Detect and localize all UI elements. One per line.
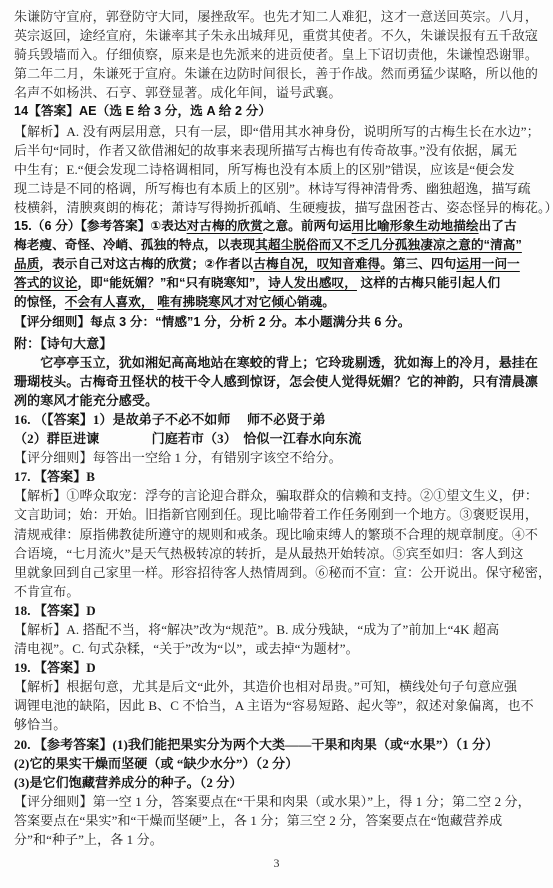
text-segment: 这样的古梅只能引起人们 — [357, 276, 500, 290]
underlined-text: 其超尘脱俗而又不乏几分孤独凄凉之意的“清高” — [255, 238, 522, 252]
text-line: 它亭亭玉立，犹如湘妃高高地站在寒蛟的背上；它玲珑剔透，犹如海上的冷月，悬挂在 — [14, 353, 542, 372]
text-segment: 。 — [322, 295, 335, 309]
text-segment: 够恰当。 — [14, 717, 66, 732]
text-line: 18. 【答案】D — [14, 601, 542, 620]
text-line: 调锂电池的缺陷，因此 B、C 不恰当，A 主语为“容易短路、起火等”，叙述对象偏… — [14, 696, 542, 715]
text-line: 【评分细则】第一空 1 分，答案要点在“干果和肉果（或水果）”上，得 1 分；第… — [14, 792, 542, 811]
text-segment: (3)是它们饱藏营养成分的种子。（2 分） — [14, 775, 243, 790]
text-segment: 它亭亭玉立，犹如湘妃高高地站在寒蛟的背上；它玲珑剔透，犹如海上的冷月，悬挂在 — [14, 355, 538, 370]
text-line: 文言助词；始：开始。旧指新官刚到任。现比喻带着工作任务刚到一个地方。③褒贬误用， — [14, 505, 542, 524]
underlined-text: 用比喻形象生动地描绘 — [352, 219, 479, 233]
text-line: 里就象回到自己家里一样。形容招待客人热情周到。⑥秘而不宣：宣：公开说出。保守秘密… — [14, 563, 542, 582]
page-number: 3 — [0, 856, 553, 871]
text-line: 分”和“种子”上，各 1 分。 — [14, 830, 542, 849]
text-line: 【解析】A. 没有两层用意，只有一层，即“借用其水神身份，说明所写的古梅生长在水… — [14, 122, 542, 141]
text-line: 骑兵毁墙而入。仔细侦察，原来是也先派来的进贡使者。皇上下诏切责他，朱谦惶恐谢罪。 — [14, 45, 542, 64]
text-line: 朱谦防守宣府，郭登防守大同，屡挫敌军。也先才知二人难犯，这才一意送回英宗。八月， — [14, 7, 542, 26]
text-segment: 19. 【答案】D — [14, 660, 96, 675]
underlined-text: 古梅自况，叹知音难得 — [253, 257, 380, 271]
text-line: (3)是它们饱藏营养成分的种子。（2 分） — [14, 773, 542, 792]
text-segment: 调锂电池的缺陷，因此 B、C 不恰当，A 主语为“容易短路、起火等”，叙述对象偏… — [14, 698, 534, 713]
underlined-text: 答式的议论 — [14, 276, 77, 290]
text-segment: 清电视”。C. 句式杂糅，“关于”改为“以”，或去掉“为题材”。 — [14, 641, 359, 656]
q14-analysis: 【解析】A. 没有两层用意，只有一层，即“借用其水神身份，说明所写的古梅生长在水… — [14, 122, 542, 217]
text-segment: 。第三、四句 — [380, 257, 456, 271]
text-segment: 朱谦防守宣府，郭登防守大同，屡挫敌军。也先才知二人难犯，这才一意送回英宗。八月， — [14, 9, 538, 24]
text-segment: 里就象回到自己家里一样。形容招待客人热情周到。⑥秘而不宣：宣：公开说出。保守秘密… — [14, 565, 551, 580]
text-segment: 答案要点在“果实”和“干燥而坚硬”上，各 1 分；第三空 2 分，答案要点在“饱… — [14, 813, 502, 828]
text-line: 17. 【答案】B — [14, 467, 542, 486]
text-segment: 【解析】根据句意，尤其是后文“此外，其造价也相对昂贵。”可知，横线处句子句意应强 — [14, 679, 517, 694]
q16-answer: 16. （【答案】1）是故弟子不必不如师 师不必贤于弟（2）群臣进谏 门庭若市（… — [14, 410, 542, 448]
text-line: 答式的议论，即“能妩媚？”和“只有晓寒知”，诗人发出感叹， 这样的古梅只能引起人… — [14, 274, 542, 293]
text-line: 附：【诗句大意】 — [14, 334, 542, 353]
text-segment: 名声不如杨洪、石亨、郭登显著。成化年间，谥号武襄。 — [14, 85, 342, 100]
text-line: (2)它的果实干燥而坚硬（或 “缺少水分”）（2 分） — [14, 754, 542, 773]
text-line: 中生有；E.“便会发现二诗格调相同，所写梅也没有本质上的区别”错误，应该是“便会… — [14, 160, 542, 179]
text-segment: 后半句“同时，作者又欲借湘妃的故事来表现所描写古梅也有传奇故事。”没有依据，属无 — [14, 143, 517, 158]
text-segment: 文言助词；始：开始。旧指新官刚到任。现比喻带着工作任务刚到一个地方。③褒贬误用， — [14, 507, 538, 522]
text-segment: 【评分细则】第一空 1 分，答案要点在“干果和肉果（或水果）”上，得 1 分；第… — [14, 794, 531, 809]
text-segment: 骑兵毁墙而入。仔细侦察，原来是也先派来的进贡使者。皇上下诏切责他，朱谦惶恐谢罪。 — [14, 47, 538, 62]
q15-scoring: 【评分细则】每点 3 分：“情感”1 分，分析 2 分。本小题满分共 6 分。 — [14, 313, 542, 332]
q17-answer: 17. 【答案】B — [14, 467, 542, 486]
text-line: 合语境，“七月流火”是天气热极转凉的转折，是从最热开始转凉。⑤宾至如归：客人到这 — [14, 544, 542, 563]
text-line: 冽的寒风才能充分感受。 — [14, 391, 542, 410]
underlined-text: 诗人发出感叹， — [268, 276, 357, 290]
text-segment: 冽的寒风才能充分感受。 — [14, 393, 158, 408]
text-line: 20. 【参考答案】(1)我们能把果实分为两个大类——干果和肉果（或“水果”）（… — [14, 735, 542, 754]
text-line: （2）群臣进谏 门庭若市（3） 恰似一江春水向东流 — [14, 429, 542, 448]
text-segment: ，即“能妩媚？”和“只有晓寒知”， — [77, 276, 268, 290]
text-line: 【解析】①哗众取宠：浮夸的言论迎合群众，骗取群众的信赖和支持。②①望文生义，伊： — [14, 486, 542, 505]
text-segment: 第二年二月，朱谦死于宣府。朱谦在边防时间很长，善于作战。然而勇猛少谋略，所以他的 — [14, 66, 538, 81]
underlined-text: 对古梅的欣赏 — [187, 219, 263, 233]
text-segment: 分”和“种子”上，各 1 分。 — [14, 832, 163, 847]
text-segment: 合语境，“七月流火”是天气热极转凉的转折，是从最热开始转凉。⑤宾至如归：客人到这 — [14, 546, 524, 561]
text-segment: 15.（6 分）【参考答案】①表达 — [14, 219, 187, 233]
text-segment: 出了古 — [479, 219, 517, 233]
text-segment: （2）群臣进谏 门庭若市（3） 恰似一江春水向东流 — [14, 431, 361, 446]
q19-answer: 19. 【答案】D — [14, 658, 542, 677]
text-line: 【解析】根据句意，尤其是后文“此外，其造价也相对昂贵。”可知，横线处句子句意应强 — [14, 677, 542, 696]
text-segment: 的惊怪， — [14, 295, 65, 309]
text-line: 现二诗是不同的格调，所写梅也有本质上的区别”。林诗写得神清骨秀、幽独超逸，描写疏 — [14, 179, 542, 198]
text-line: 枝横斜，清腴爽朗的梅花；萧诗写得拗折孤峭、生硬瘦拔，描写盘困苍古、姿态怪异的梅花… — [14, 198, 542, 217]
text-segment: 16. （【答案】1）是故弟子不必不如师 师不必贤于弟 — [14, 412, 326, 427]
q15-answer: 15.（6 分）【参考答案】①表达对古梅的欣赏之意。前两句运用比喻形象生动地描绘… — [14, 217, 542, 312]
q17-analysis: 【解析】①哗众取宠：浮夸的言论迎合群众，骗取群众的信赖和支持。②①望文生义，伊：… — [14, 486, 542, 601]
text-segment: 【解析】A. 搭配不当，将“解决”改为“规范”。B. 成分残缺，“成为了”前加上… — [14, 622, 499, 637]
text-segment: 不肯宣布。 — [14, 584, 80, 599]
text-line: 珊瑚枝头。古梅奇丑怪状的枝干令人感到惊讶，怎会使人觉得妩媚？它的神韵，只有清晨凛 — [14, 372, 542, 391]
underlined-text: 唯有拂晓寒风才对它倾心销魂 — [157, 295, 322, 309]
text-line: 16. （【答案】1）是故弟子不必不如师 师不必贤于弟 — [14, 410, 542, 429]
text-segment: 【评分细则】每点 3 分：“情感”1 分，分析 2 分。本小题满分共 6 分。 — [14, 315, 410, 329]
text-segment: 17. 【答案】B — [14, 469, 95, 484]
text-line: 15.（6 分）【参考答案】①表达对古梅的欣赏之意。前两句运用比喻形象生动地描绘… — [14, 217, 542, 236]
text-segment: 清规戒律：原指佛教徒所遵守的规则和戒条。现比喻束缚人的繁琐不合理的规章制度。④不 — [14, 527, 538, 542]
text-segment: 梅老瘦、奇怪、冷峭、孤独的特点，以表现 — [14, 238, 255, 252]
text-line: 14【答案】AE（选 E 给 3 分，选 A 给 2 分） — [14, 102, 542, 121]
text-line: 不肯宣布。 — [14, 582, 542, 601]
text-segment: 附：【诗句大意】 — [14, 336, 112, 351]
text-line: 【评分细则】每点 3 分：“情感”1 分，分析 2 分。本小题满分共 6 分。 — [14, 313, 542, 332]
text-line: 够恰当。 — [14, 715, 542, 734]
underlined-text: 品质 — [14, 257, 39, 271]
text-line: 的惊怪，不会有人喜欢， 唯有拂晓寒风才对它倾心销魂。 — [14, 293, 542, 312]
text-line: 清电视”。C. 句式杂糅，“关于”改为“以”，或去掉“为题材”。 — [14, 639, 542, 658]
text-segment: 珊瑚枝头。古梅奇丑怪状的枝干令人感到惊讶，怎会使人觉得妩媚？它的神韵，只有清晨凛 — [14, 374, 538, 389]
q18-answer: 18. 【答案】D — [14, 601, 542, 620]
text-segment: 英宗返回，途经宣府，朱谦率其子朱永出城拜见，重赏其使者。不久，朱谦误报有五千敌寇 — [14, 28, 538, 43]
text-line: 【解析】A. 搭配不当，将“解决”改为“规范”。B. 成分残缺，“成为了”前加上… — [14, 620, 542, 639]
q20-scoring: 【评分细则】第一空 1 分，答案要点在“干果和肉果（或水果）”上，得 1 分；第… — [14, 792, 542, 849]
poem-paraphrase: 附：【诗句大意】 它亭亭玉立，犹如湘妃高高地站在寒蛟的背上；它玲珑剔透，犹如海上… — [14, 334, 542, 410]
text-line: 梅老瘦、奇怪、冷峭、孤独的特点，以表现其超尘脱俗而又不乏几分孤独凄凉之意的“清高… — [14, 236, 542, 255]
text-segment: 20. 【参考答案】(1)我们能把果实分为两个大类——干果和肉果（或“水果”）（… — [14, 737, 498, 752]
text-line: 品质，表示自己对这古梅的欣赏；②作者以古梅自况，叹知音难得。第三、四句运用一问一 — [14, 255, 542, 274]
text-line: 清规戒律：原指佛教徒所遵守的规则和戒条。现比喻束缚人的繁琐不合理的规章制度。④不 — [14, 525, 542, 544]
q18-analysis: 【解析】A. 搭配不当，将“解决”改为“规范”。B. 成分残缺，“成为了”前加上… — [14, 620, 542, 658]
text-line: 答案要点在“果实”和“干燥而坚硬”上，各 1 分；第三空 2 分，答案要点在“饱… — [14, 811, 542, 830]
translation-paragraph: 朱谦防守宣府，郭登防守大同，屡挫敌军。也先才知二人难犯，这才一意送回英宗。八月，… — [14, 7, 542, 102]
text-segment: 【评分细则】每答出一空给 1 分，有错别字该空不给分。 — [14, 450, 342, 465]
text-segment: 中生有；E.“便会发现二诗格调相同，所写梅也没有本质上的区别”错误，应该是“便会… — [14, 162, 515, 177]
answer-key-page: 朱谦防守宣府，郭登防守大同，屡挫敌军。也先才知二人难犯，这才一意送回英宗。八月，… — [0, 0, 553, 888]
text-line: 名声不如杨洪、石亨、郭登显著。成化年间，谥号武襄。 — [14, 83, 542, 102]
text-segment: 现二诗是不同的格调，所写梅也有本质上的区别”。林诗写得神清骨秀、幽独超逸，描写疏 — [14, 181, 531, 196]
q20-answer: 20. 【参考答案】(1)我们能把果实分为两个大类——干果和肉果（或“水果”）（… — [14, 735, 542, 792]
text-segment: 18. 【答案】D — [14, 603, 96, 618]
text-segment: 14【答案】AE（选 E 给 3 分，选 A 给 2 分） — [14, 104, 271, 118]
q14-answer: 14【答案】AE（选 E 给 3 分，选 A 给 2 分） — [14, 102, 542, 121]
text-line: 英宗返回，途经宣府，朱谦率其子朱永出城拜见，重赏其使者。不久，朱谦误报有五千敌寇 — [14, 26, 542, 45]
text-segment: (2)它的果实干燥而坚硬（或 “缺少水分”）（2 分） — [14, 756, 298, 771]
underlined-text: 运用一问一 — [456, 257, 519, 271]
text-line: 第二年二月，朱谦死于宣府。朱谦在边防时间很长，善于作战。然而勇猛少谋略，所以他的 — [14, 64, 542, 83]
text-line: 后半句“同时，作者又欲借湘妃的故事来表现所描写古梅也有传奇故事。”没有依据，属无 — [14, 141, 542, 160]
text-line: 19. 【答案】D — [14, 658, 542, 677]
document-body: 朱谦防守宣府，郭登防守大同，屡挫敌军。也先才知二人难犯，这才一意送回英宗。八月，… — [14, 7, 542, 849]
text-segment: 枝横斜，清腴爽朗的梅花；萧诗写得拗折孤峭、生硬瘦拔，描写盘困苍古、姿态怪异的梅花… — [14, 200, 553, 215]
text-line: 【评分细则】每答出一空给 1 分，有错别字该空不给分。 — [14, 448, 542, 467]
text-segment: 【解析】①哗众取宠：浮夸的言论迎合群众，骗取群众的信赖和支持。②①望文生义，伊： — [14, 488, 538, 503]
q16-scoring: 【评分细则】每答出一空给 1 分，有错别字该空不给分。 — [14, 448, 542, 467]
text-segment: 之意。前两句运 — [263, 219, 352, 233]
underlined-text: 不会有人喜欢， — [65, 295, 154, 309]
q19-analysis: 【解析】根据句意，尤其是后文“此外，其造价也相对昂贵。”可知，横线处句子句意应强… — [14, 677, 542, 734]
text-segment: ，表示自己对这古梅的欣赏；②作者以 — [39, 257, 253, 271]
text-segment: 【解析】A. 没有两层用意，只有一层，即“借用其水神身份，说明所写的古梅生长在水… — [14, 124, 540, 139]
